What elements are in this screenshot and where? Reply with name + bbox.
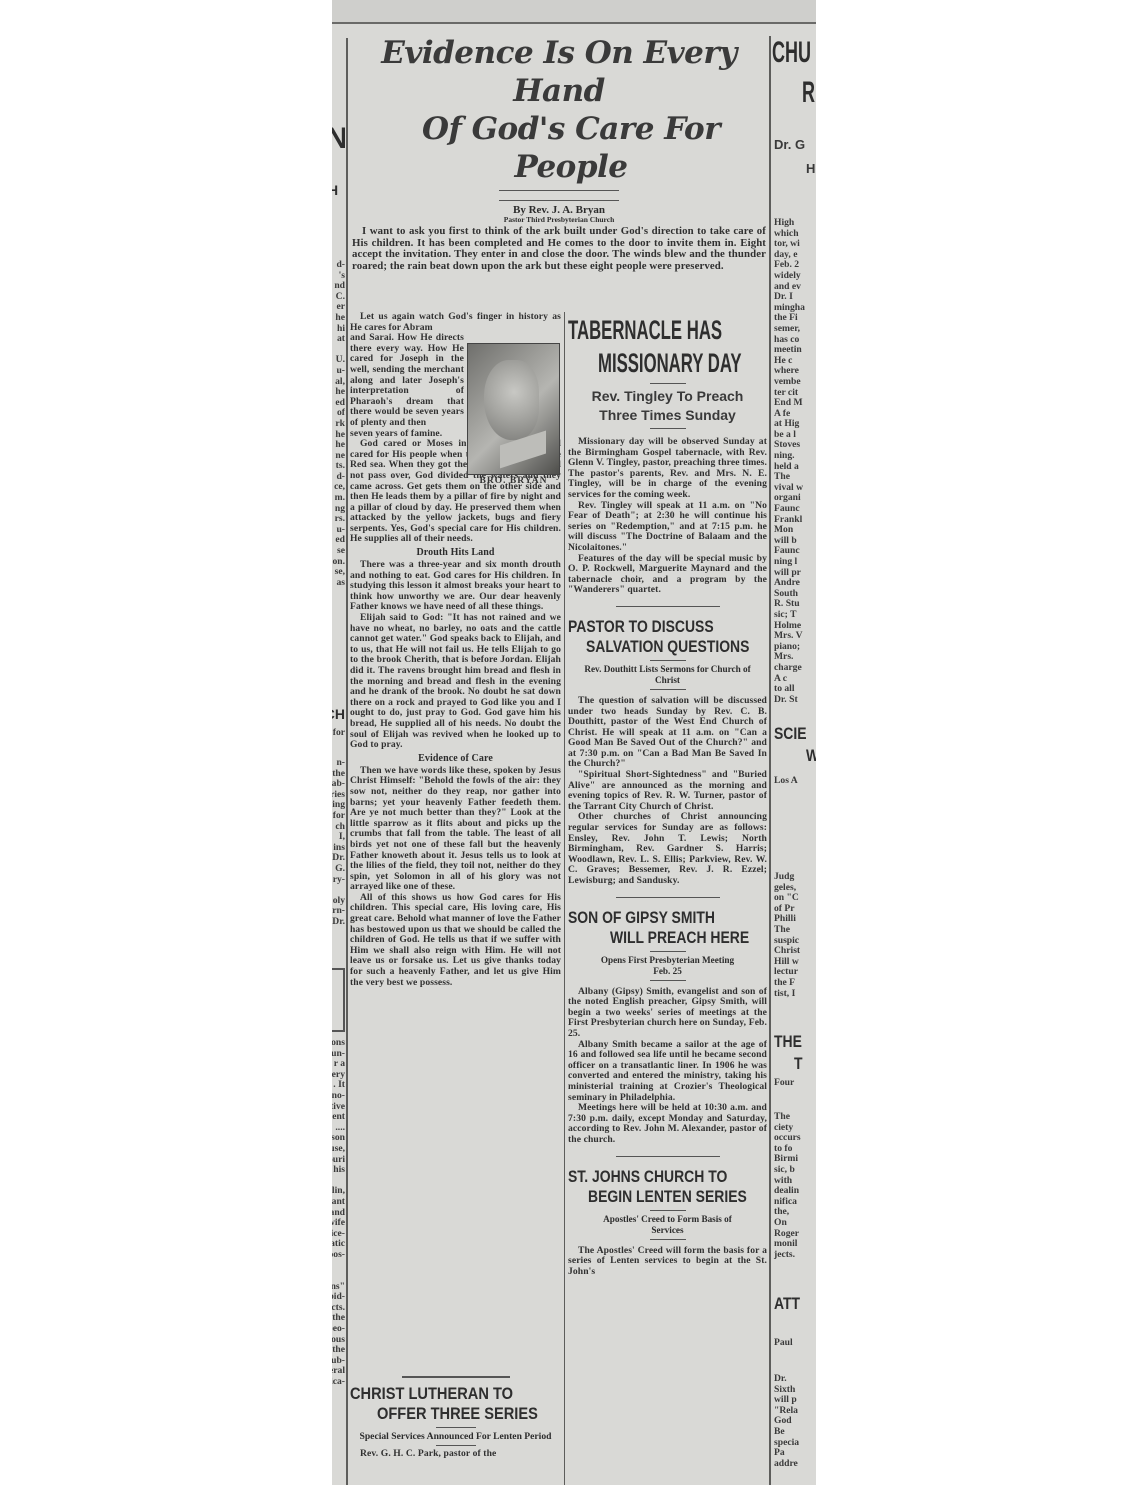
right-fragment-headline-1b: R	[802, 76, 815, 110]
lutheran-deck: Special Services Announced For Lenten Pe…	[350, 1431, 561, 1442]
pastor-headline-1: PASTOR TO DISCUSS	[568, 617, 731, 637]
right-fragment-headline-2: SCIE	[774, 724, 807, 744]
main-headline-line-1: Evidence Is On Every Hand	[350, 34, 768, 110]
tabernacle-rule	[650, 383, 686, 384]
tabernacle-deck-2: Three Times Sunday	[568, 406, 767, 425]
newspaper-page: N H d-'sndC.erhehiat U.u-al,heedofrkhehe…	[332, 0, 816, 1485]
para-care: Then we have words like these, spoken by…	[350, 766, 561, 893]
left-fragment-lines-2: n-theab-riesingforchI,insDr.G.ry- olyrn-…	[332, 758, 345, 928]
pastor-deck: Rev. Douthitt Lists Sermons for Church o…	[568, 664, 767, 686]
lutheran-headline-1: CHRIST LUTHERAN TO	[350, 1384, 531, 1404]
gipsy-rule	[650, 951, 686, 952]
main-headline-block: Evidence Is On Every Hand Of God's Care …	[350, 34, 768, 194]
gipsy-body: Albany (Gipsy) Smith, evangelist and son…	[568, 987, 767, 1146]
tabernacle-rule-2	[650, 428, 686, 429]
tabernacle-para-3: Features of the day will be special musi…	[568, 554, 767, 596]
pastor-end-rule	[616, 897, 720, 898]
main-byline-intro: By Rev. J. A. Bryan Pastor Third Presbyt…	[352, 200, 766, 312]
gipsy-para-1: Albany (Gipsy) Smith, evangelist and son…	[568, 987, 767, 1040]
right-fragment-headline-1: CHU	[772, 36, 811, 70]
left-fragment-headline-3: CH	[332, 706, 345, 722]
column-rule-right	[769, 36, 771, 1485]
lutheran-body: Rev. G. H. C. Park, pastor of the	[350, 1449, 561, 1460]
tabernacle-para-1: Missionary day will be observed Sunday a…	[568, 437, 767, 501]
lutheran-article: CHRIST LUTHERAN TO OFFER THREE SERIES Sp…	[350, 1376, 561, 1485]
subhead-drouth: Drouth Hits Land	[350, 547, 561, 558]
column-rule-left	[346, 38, 348, 1485]
para-abram-a: Let us again watch God's finger in histo…	[350, 312, 561, 333]
pastor-para-1: The question of salvation will be discus…	[568, 696, 767, 770]
right-fragment-deck-1: Dr. G	[774, 134, 805, 156]
stjohns-deck-2: Services	[568, 1225, 767, 1236]
portrait-photo	[467, 343, 560, 475]
gipsy-deck-2: Feb. 25	[568, 966, 767, 977]
left-column-fragment: N H d-'sndC.erhehiat U.u-al,heedofrkhehe…	[332, 30, 345, 1485]
gipsy-para-2: Albany Smith became a sailor at the age …	[568, 1040, 767, 1104]
pastor-rule-2	[650, 689, 686, 690]
tabernacle-deck-1: Rev. Tingley To Preach	[568, 387, 767, 406]
intro-paragraph: I want to ask you first to think of the …	[352, 226, 766, 272]
pastor-body: The question of salvation will be discus…	[568, 696, 767, 887]
pastor-para-2: "Spiritual Short-Sightedness" and "Burie…	[568, 770, 767, 812]
second-column: TABERNACLE HAS MISSIONARY DAY Rev. Tingl…	[568, 312, 767, 1485]
right-fragment-lines-1: Highwhichtor, widay, eFeb. 2widelyand ev…	[774, 218, 805, 705]
left-fragment-headline: N	[332, 122, 345, 156]
gipsy-headline-1: SON OF GIPSY SMITH	[568, 908, 731, 928]
gipsy-deck-1: Opens First Presbyterian Meeting	[568, 955, 767, 966]
left-fragment-lines-1: d-'sndC.erhehiat U.u-al,heedofrkhehenets…	[332, 260, 345, 588]
intro-text: I want to ask you first to think of the …	[352, 226, 766, 272]
stjohns-rule	[650, 1210, 686, 1211]
deck-divider	[499, 200, 619, 201]
left-fragment-lines-3: onsun-r aery. Itno-tiveent....sonuse,our…	[332, 1038, 345, 1388]
byline-title: Pastor Third Presbyterian Church	[352, 216, 766, 224]
lutheran-rule	[436, 1427, 476, 1428]
tabernacle-para-2: Rev. Tingley will speak at 11 a.m. on "N…	[568, 501, 767, 554]
stjohns-rule-2	[650, 1239, 686, 1240]
lutheran-body-text: Rev. G. H. C. Park, pastor of the	[350, 1449, 561, 1460]
page-top-margin	[332, 0, 816, 24]
right-fragment-headline-3b: T	[794, 1054, 803, 1074]
gipsy-headline-2: WILL PREACH HERE	[610, 928, 739, 948]
pastor-headline-2: SALVATION QUESTIONS	[586, 637, 734, 657]
right-fragment-headline-2b: W	[806, 746, 816, 766]
lutheran-rule-2	[436, 1445, 476, 1446]
right-fragment-deck-3: Four	[774, 1078, 794, 1089]
para-drouth: There was a three-year and six month dro…	[350, 560, 561, 613]
right-fragment-lines-3: Thecietyoccursto foBirmisic, bwithdealin…	[774, 1112, 801, 1260]
left-fragment-box	[332, 968, 345, 1032]
right-fragment-headline-3: THE	[774, 1032, 802, 1052]
pastor-para-3: Other churches of Christ announcing regu…	[568, 812, 767, 886]
left-fragment-headline-2: H	[332, 182, 338, 198]
stjohns-headline-2: BEGIN LENTEN SERIES	[588, 1187, 735, 1207]
tabernacle-headline-2: MISSIONARY DAY	[598, 347, 703, 380]
lutheran-headline-2: OFFER THREE SERIES	[377, 1404, 535, 1424]
para-abram-b: and Sarai. How He directs there every wa…	[350, 333, 464, 428]
stjohns-body: The Apostles' Creed will form the basis …	[568, 1246, 767, 1278]
right-fragment-headline-4: ATT	[774, 1294, 800, 1314]
left-fragment-deck: for	[333, 728, 345, 739]
gipsy-rule-2	[650, 980, 686, 981]
stjohns-deck-1: Apostles' Creed to Form Basis of	[568, 1214, 767, 1225]
tabernacle-end-rule	[616, 606, 720, 607]
gipsy-end-rule	[616, 1156, 720, 1157]
right-fragment-deck-1b: H	[806, 158, 815, 180]
stjohns-body-text: The Apostles' Creed will form the basis …	[568, 1246, 767, 1278]
lutheran-top-rule	[402, 1376, 510, 1378]
column-rule-middle	[564, 312, 565, 1485]
subhead-care: Evidence of Care	[350, 753, 561, 764]
right-column-fragment: CHU R Dr. G H Highwhichtor, widay, eFeb.…	[772, 30, 816, 1485]
tabernacle-body: Missionary day will be observed Sunday a…	[568, 437, 767, 596]
photo-caption: BRO. BRYAN	[467, 476, 560, 486]
para-final: All of this shows us how God cares for H…	[350, 893, 561, 988]
main-headline-line-2: Of God's Care For People	[350, 110, 768, 186]
right-fragment-deck-2: Los A	[774, 776, 798, 787]
stjohns-headline-1: ST. JOHNS CHURCH TO	[568, 1167, 731, 1187]
para-elijah: Elijah said to God: "It has not rained a…	[350, 613, 561, 751]
pastor-rule	[650, 660, 686, 661]
headline-divider	[499, 190, 619, 191]
portrait-face	[484, 360, 539, 441]
gipsy-para-3: Meetings here will be held at 10:30 a.m.…	[568, 1103, 767, 1145]
right-fragment-lines-2: Judggeles,on "Cof PrPhilliThesuspicChris…	[774, 872, 800, 999]
right-fragment-deck-4: Paul	[774, 1338, 793, 1349]
right-fragment-lines-4: Dr.Sixthwill p"RelaGodBespeciaPaaddre	[774, 1374, 799, 1469]
main-article-column: BRO. BRYAN Let us again watch God's fing…	[350, 312, 561, 1362]
tabernacle-headline-1: TABERNACLE HAS	[568, 314, 691, 347]
